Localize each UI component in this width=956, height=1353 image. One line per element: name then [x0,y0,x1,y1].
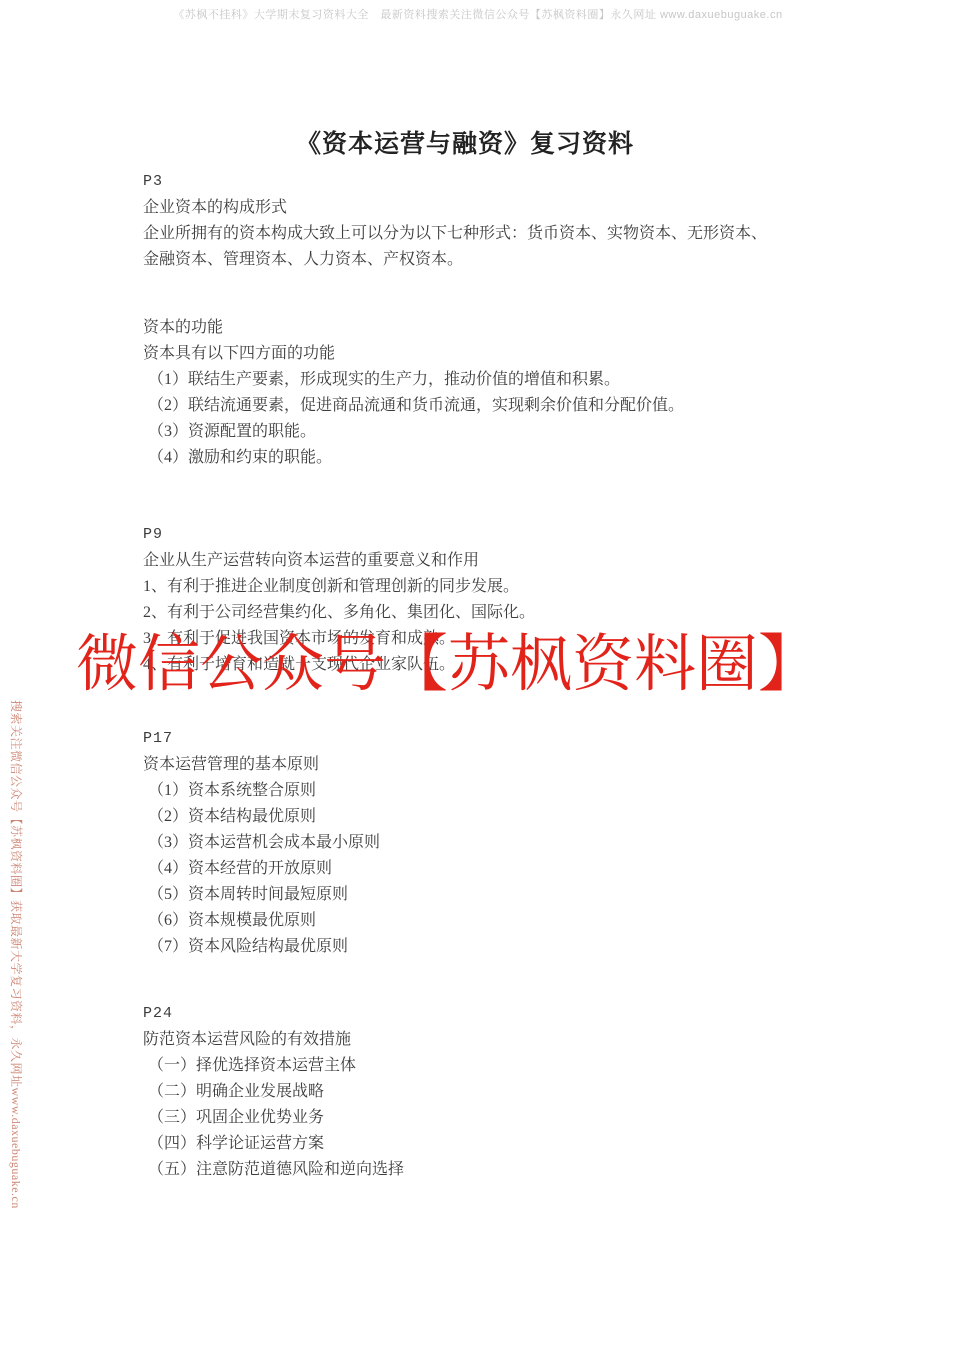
text-line: （一）择优选择资本运营主体 [143,1053,823,1079]
text-line: （6）资本规模最优原则 [143,908,823,934]
text-line: （三）巩固企业优势业务 [143,1105,823,1131]
text-line: （7）资本风险结构最优原则 [143,934,823,960]
text-line: 资本具有以下四方面的功能 [143,341,823,367]
text-line: （二）明确企业发展战略 [143,1079,823,1105]
text-line: （4）资本经营的开放原则 [143,856,823,882]
page-reference: P9 [143,522,823,548]
text-line: （3）资本运营机会成本最小原则 [143,830,823,856]
section-P3: P3企业资本的构成形式企业所拥有的资本构成大致上可以分为以下七种形式：货币资本、… [143,169,823,273]
section-P24: P24防范资本运营风险的有效措施（一）择优选择资本运营主体（二）明确企业发展战略… [143,1001,823,1183]
red-watermark-overlay: 微信公众号【苏枫资料圈】 [76,630,820,701]
page-reference: P3 [143,169,823,195]
text-line: （四）科学论证运营方案 [143,1131,823,1157]
document-page: 《苏枫不挂科》大学期末复习资料大全 最新资料搜索关注微信公众号【苏枫资料圈】永久… [0,0,956,1353]
section-heading: 防范资本运营风险的有效措施 [143,1027,823,1053]
left-vertical-watermark: 搜索关注微信公众号【苏枫资料圈】获取最新大学复习资料，永久网址www.daxue… [8,700,25,1200]
text-line: （2）联结流通要素，促进商品流通和货币流通，实现剩余价值和分配价值。 [143,393,823,419]
page-reference: P17 [143,726,823,752]
section-heading: 企业资本的构成形式 [143,195,823,221]
text-line: （3）资源配置的职能。 [143,419,823,445]
section-heading: 资本运营管理的基本原则 [143,752,823,778]
text-line: 金融资本、管理资本、人力资本、产权资本。 [143,247,823,273]
text-line: （5）资本周转时间最短原则 [143,882,823,908]
text-line: （1）资本系统整合原则 [143,778,823,804]
page-reference: P24 [143,1001,823,1027]
text-line: （4）激励和约束的职能。 [143,445,823,471]
text-line: （五）注意防范道德风险和逆向选择 [143,1157,823,1183]
section-heading: 资本的功能 [143,315,823,341]
text-line: （1）联结生产要素，形成现实的生产力，推动价值的增值和积累。 [143,367,823,393]
section-P17: P17资本运营管理的基本原则（1）资本系统整合原则（2）资本结构最优原则（3）资… [143,726,823,960]
text-line: 2、有利于公司经营集约化、多角化、集团化、国际化。 [143,600,823,626]
text-line: 企业所拥有的资本构成大致上可以分为以下七种形式：货币资本、实物资本、无形资本、 [143,221,823,247]
text-line: 1、有利于推进企业制度创新和管理创新的同步发展。 [143,574,823,600]
section-heading: 企业从生产运营转向资本运营的重要意义和作用 [143,548,823,574]
section-idx1: 资本的功能资本具有以下四方面的功能（1）联结生产要素，形成现实的生产力，推动价值… [143,315,823,471]
text-line: （2）资本结构最优原则 [143,804,823,830]
